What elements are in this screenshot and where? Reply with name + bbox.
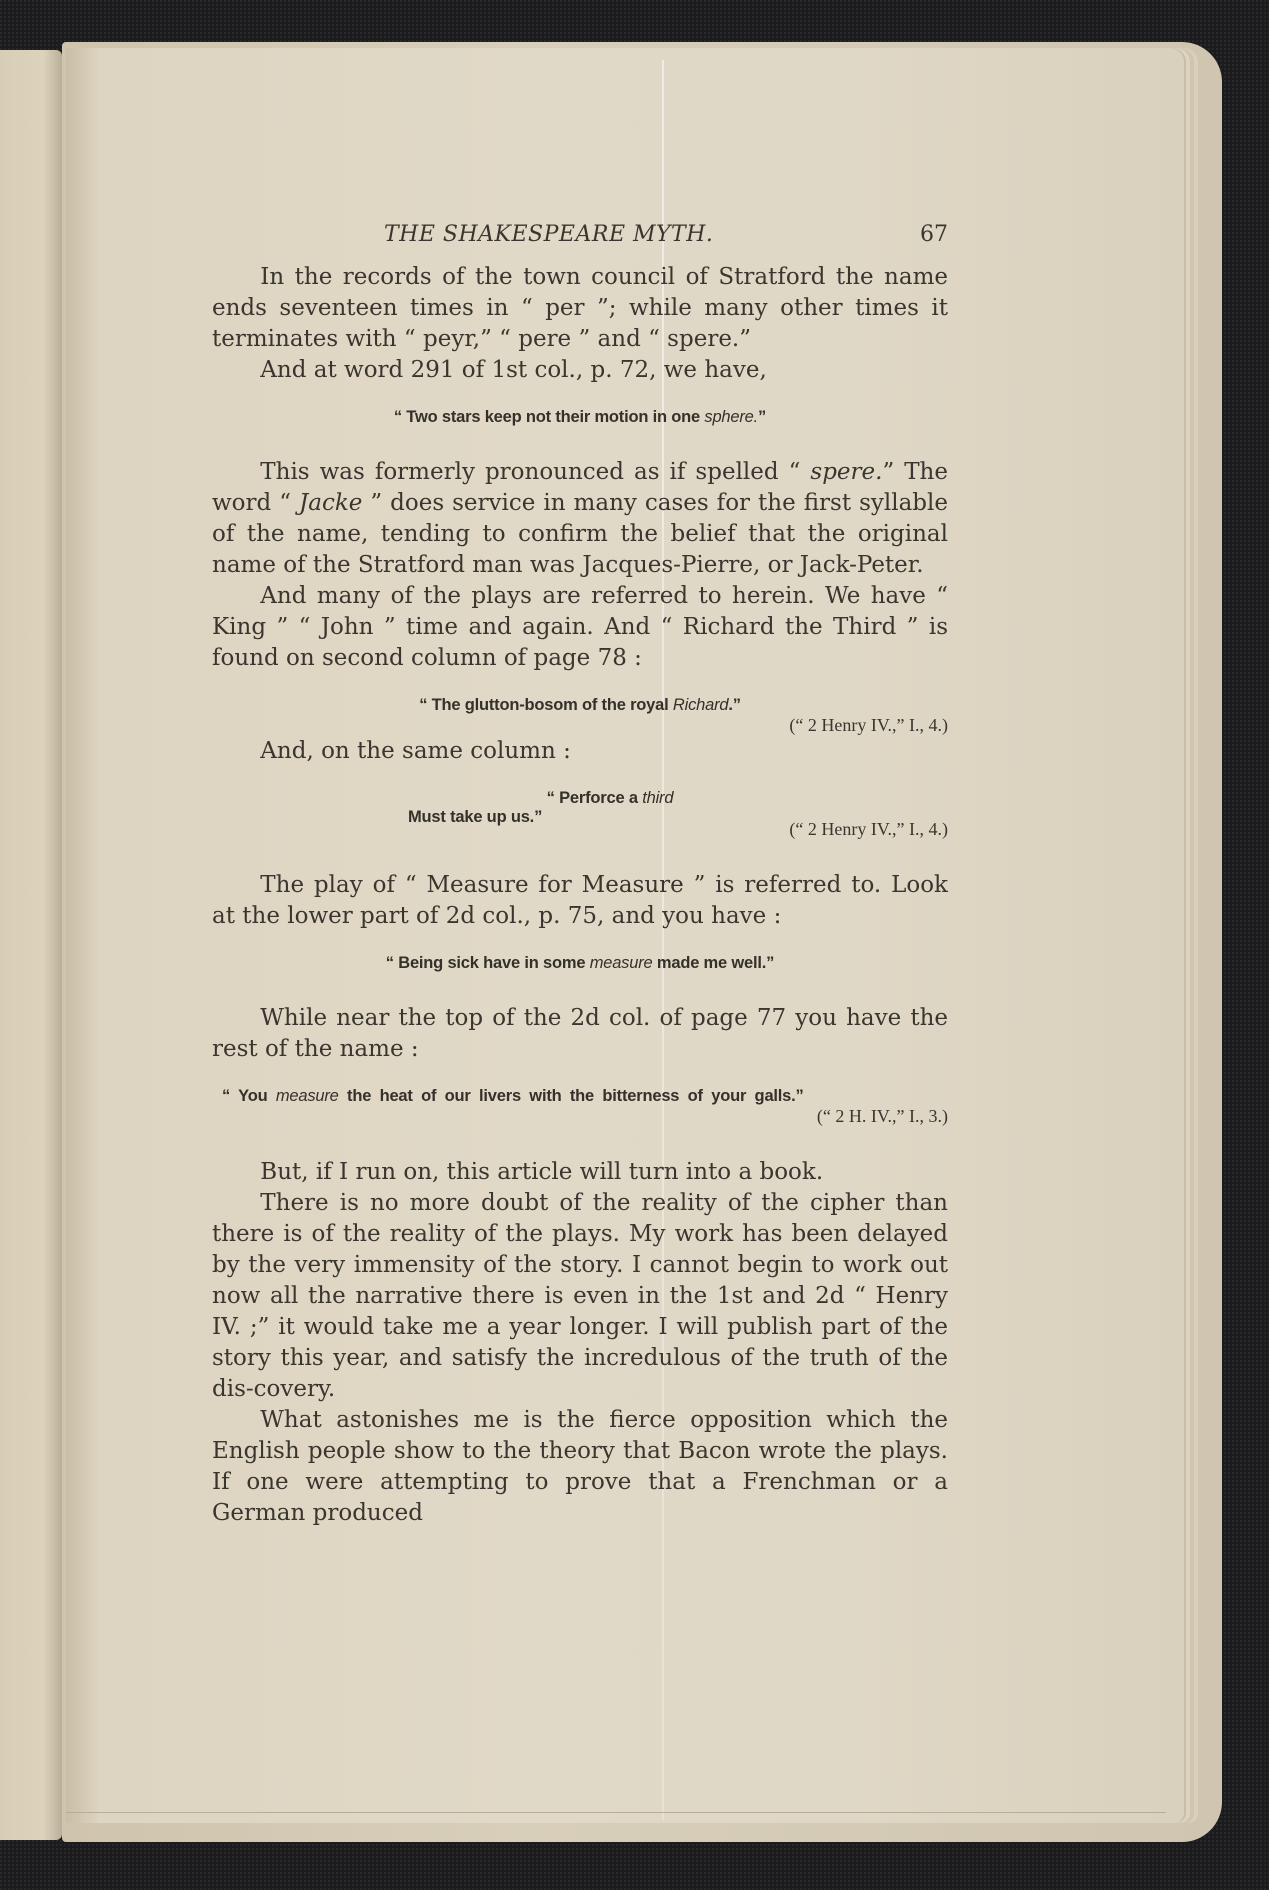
paragraph-3: This was formerly pronounced as if spell… [212, 457, 948, 581]
paragraph-10: What astonishes me is the fierce opposit… [212, 1405, 948, 1529]
quote-livers: “ You measure the heat of our livers wit… [212, 1087, 948, 1106]
quote-third-line1: “ Perforce a third [212, 789, 948, 808]
paragraph-2: And at word 291 of 1st col., p. 72, we h… [212, 355, 948, 386]
paragraph-7: While near the top of the 2d col. of pag… [212, 1003, 948, 1065]
paragraph-5: And, on the same column : [212, 736, 948, 767]
page-bottom-edge [66, 1812, 1166, 1813]
paragraph-8: But, if I run on, this article will turn… [212, 1157, 948, 1188]
quote-sphere: “ Two stars keep not their motion in one… [212, 408, 948, 427]
paragraph-6: The play of “ Measure for Measure ” is r… [212, 870, 948, 932]
quote-measure: “ Being sick have in some measure made m… [212, 954, 948, 973]
page-number: 67 [920, 222, 948, 247]
running-title: THE SHAKESPEARE MYTH. [384, 222, 713, 247]
page-content: THE SHAKESPEARE MYTH. 67 In the records … [212, 222, 948, 1529]
paragraph-4: And many of the plays are referred to he… [212, 581, 948, 674]
paragraph-1: In the records of the town council of St… [212, 262, 948, 355]
running-head: THE SHAKESPEARE MYTH. 67 [212, 222, 948, 262]
paragraph-9: There is no more doubt of the reality of… [212, 1188, 948, 1405]
citation-2: (“ 2 Henry IV.,” I., 4.) [212, 819, 948, 840]
citation-1: (“ 2 Henry IV.,” I., 4.) [212, 715, 948, 736]
left-page-edge [0, 50, 62, 1840]
citation-3: (“ 2 H. IV.,” I., 3.) [212, 1106, 948, 1127]
quote-richard: “ The glutton-bosom of the royal Richard… [212, 696, 948, 715]
